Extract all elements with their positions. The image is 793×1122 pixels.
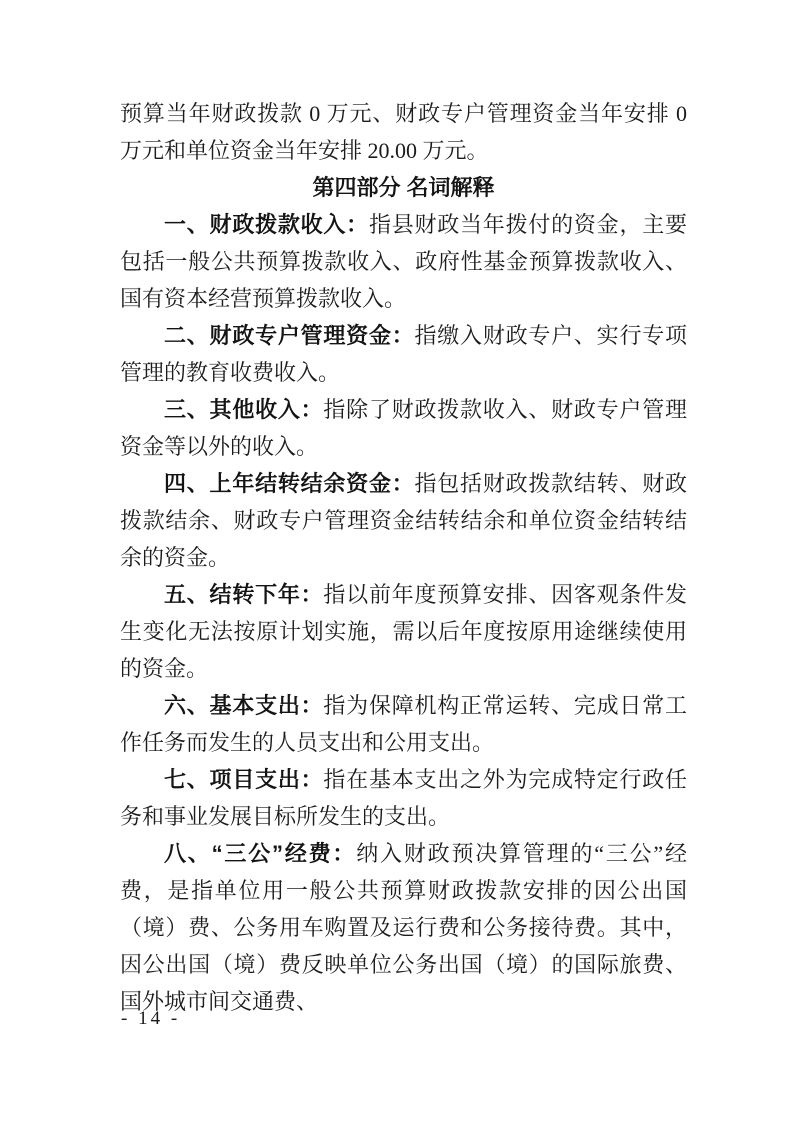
term-label: 四、上年结转结余资金： bbox=[164, 471, 415, 496]
term-definition: 纳入财政预决算管理的“三公”经费，是指单位用一般公共预算财政拨款安排的因公出国（… bbox=[120, 841, 687, 1014]
term-label: 八、“三公”经费： bbox=[164, 841, 356, 866]
term-label: 六、基本支出： bbox=[164, 693, 323, 718]
document-page: 预算当年财政拨款 0 万元、财政专户管理资金当年安排 0 万元和单位资金当年安排… bbox=[0, 0, 793, 1122]
term-paragraph: 六、基本支出：指为保障机构正常运转、完成日常工作任务而发生的人员支出和公用支出。 bbox=[120, 687, 687, 761]
term-paragraph: 四、上年结转结余资金：指包括财政拨款结转、财政拨款结余、财政专户管理资金结转结余… bbox=[120, 465, 687, 576]
term-paragraph: 五、结转下年：指以前年度预算安排、因客观条件发生变化无法按原计划实施，需以后年度… bbox=[120, 576, 687, 687]
term-paragraph: 二、财政专户管理资金：指缴入财政专户、实行专项管理的教育收费收入。 bbox=[120, 317, 687, 391]
term-label: 七、项目支出： bbox=[164, 767, 323, 792]
term-paragraph: 七、项目支出：指在基本支出之外为完成特定行政任务和事业发展目标所发生的支出。 bbox=[120, 761, 687, 835]
page-number-footer: - 14 - bbox=[121, 1006, 180, 1032]
content-area: 预算当年财政拨款 0 万元、财政专户管理资金当年安排 0 万元和单位资金当年安排… bbox=[120, 95, 687, 1020]
term-label: 五、结转下年： bbox=[164, 582, 323, 607]
section-heading: 第四部分 名词解释 bbox=[120, 169, 687, 206]
term-label: 二、财政专户管理资金： bbox=[164, 323, 415, 348]
term-paragraph: 三、其他收入：指除了财政拨款收入、财政专户管理资金等以外的收入。 bbox=[120, 391, 687, 465]
term-paragraph: 八、“三公”经费：纳入财政预决算管理的“三公”经费，是指单位用一般公共预算财政拨… bbox=[120, 835, 687, 1020]
term-label: 三、其他收入： bbox=[164, 397, 323, 422]
intro-paragraph: 预算当年财政拨款 0 万元、财政专户管理资金当年安排 0 万元和单位资金当年安排… bbox=[120, 95, 687, 169]
term-label: 一、财政拨款收入： bbox=[164, 212, 369, 237]
term-paragraph: 一、财政拨款收入：指县财政当年拨付的资金，主要包括一般公共预算拨款收入、政府性基… bbox=[120, 206, 687, 317]
